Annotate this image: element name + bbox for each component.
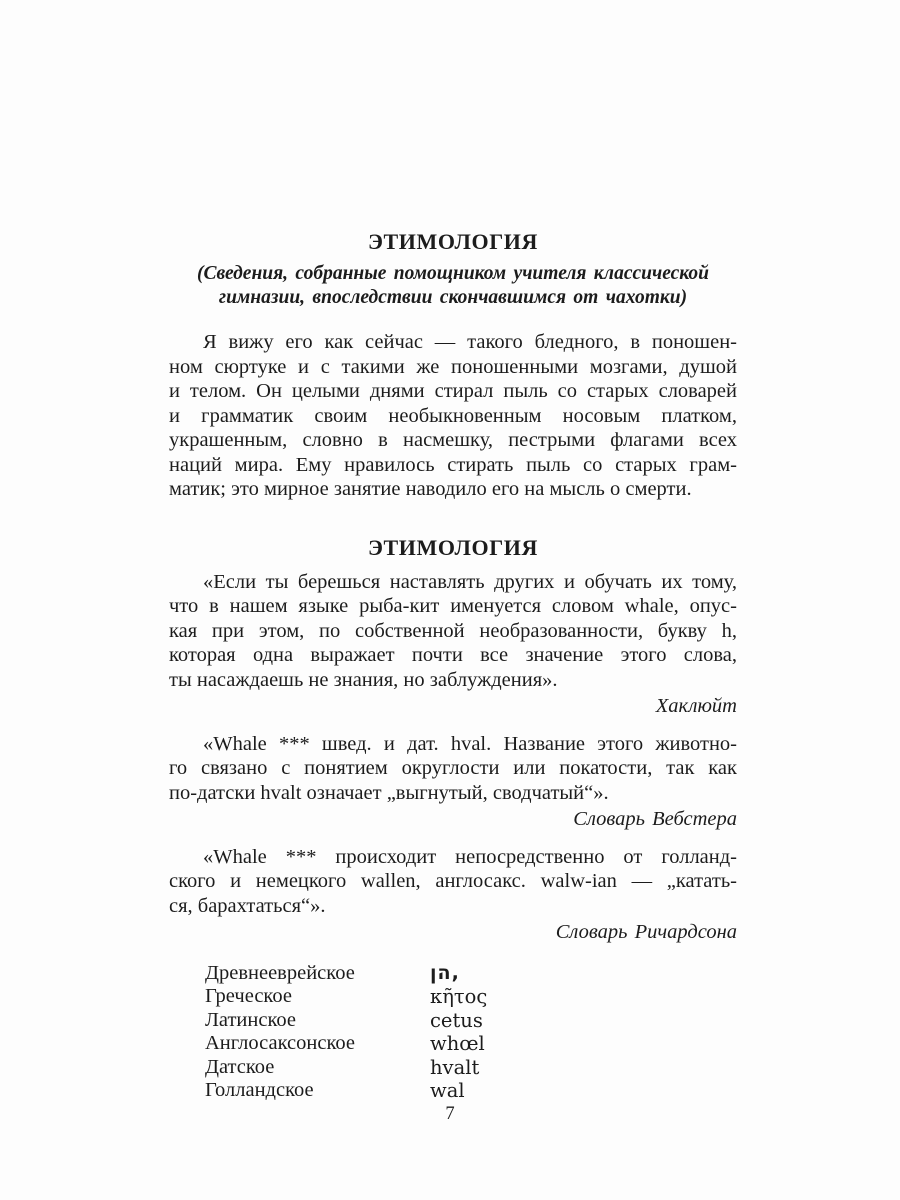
language-label: Древнееврейское <box>205 962 430 986</box>
word-value: hvalt <box>430 1056 479 1080</box>
language-label: Голландское <box>205 1079 430 1103</box>
page-number: 7 <box>0 1104 900 1125</box>
etymology-heading-1: ЭТИМОЛОГИЯ <box>169 229 737 255</box>
text-line: украшенным, словно в насмешку, пестрыми … <box>169 428 737 453</box>
quote-richardson: «Whale *** происходит непосредственно от… <box>169 845 737 919</box>
text-line: «Если ты берешься наставлять других и об… <box>169 570 737 595</box>
book-page: ЭТИМОЛОГИЯ (Сведения, собранные помощник… <box>0 0 900 1200</box>
table-row: Латинское cetus <box>205 1009 737 1033</box>
text-line: Я вижу его как сейчас — такого бледного,… <box>169 330 737 355</box>
language-label: Латинское <box>205 1009 430 1033</box>
text-line: матик; это мирное занятие наводило его н… <box>169 477 737 502</box>
intro-paragraph: Я вижу его как сейчас — такого бледного,… <box>169 330 737 502</box>
text-line: по-датски hvalt означает „выгнутый, свод… <box>169 781 737 806</box>
quote-webster: «Whale *** швед. и дат. hval. Название э… <box>169 732 737 806</box>
text-line: «Whale *** швед. и дат. hval. Название э… <box>169 732 737 757</box>
text-line: ты насаждаешь не знания, но заблуждения»… <box>169 668 737 693</box>
text-line: наций мира. Ему нравилось стирать пыль с… <box>169 453 737 478</box>
quote-hakluyt: «Если ты берешься наставлять других и об… <box>169 570 737 693</box>
text-line: ном сюртуке и с такими же поношенными мо… <box>169 355 737 380</box>
table-row: Древнееврейское הן, <box>205 962 737 986</box>
language-label: Датское <box>205 1056 430 1080</box>
text-line: (Сведения, собранные помощником учителя … <box>169 262 737 286</box>
text-line: го связано с понятием округлости или пок… <box>169 756 737 781</box>
text-line: что в нашем языке рыба-кит именуется сло… <box>169 594 737 619</box>
text-line: которая одна выражает почти все значение… <box>169 643 737 668</box>
table-row: Греческое κῆτος <box>205 985 737 1009</box>
etymology-heading-2: ЭТИМОЛОГИЯ <box>169 535 737 561</box>
word-value: cetus <box>430 1009 483 1033</box>
word-value: whœl <box>430 1032 485 1056</box>
text-block: ЭТИМОЛОГИЯ (Сведения, собранные помощник… <box>169 229 737 1103</box>
attribution-richardson: Словарь Ричардсона <box>169 920 737 945</box>
language-label: Англосаксонское <box>205 1032 430 1056</box>
whale-word-table: Древнееврейское הן, Греческое κῆτος Лати… <box>205 962 737 1104</box>
text-line: гимназии, впоследствии скончавшимся от ч… <box>169 286 737 310</box>
attribution-hakluyt: Хаклюйт <box>169 694 737 719</box>
word-value: wal <box>430 1079 465 1103</box>
word-value-hebrew: הן, <box>430 962 460 986</box>
text-line: кая при этом, по собственной необразован… <box>169 619 737 644</box>
etymology-subtitle: (Сведения, собранные помощником учителя … <box>169 262 737 309</box>
language-label: Греческое <box>205 985 430 1009</box>
table-row: Англосаксонское whœl <box>205 1032 737 1056</box>
word-value: κῆτος <box>430 985 487 1009</box>
text-line: и грамматик своим необыкновенным носовым… <box>169 404 737 429</box>
text-line: ся, барахтаться“». <box>169 894 737 919</box>
table-row: Голландское wal <box>205 1079 737 1103</box>
text-line: и телом. Он целыми днями стирал пыль со … <box>169 379 737 404</box>
table-row: Датское hvalt <box>205 1056 737 1080</box>
attribution-webster: Словарь Вебстера <box>169 807 737 832</box>
text-line: ского и немецкого wallen, англосакс. wal… <box>169 869 737 894</box>
text-line: «Whale *** происходит непосредственно от… <box>169 845 737 870</box>
